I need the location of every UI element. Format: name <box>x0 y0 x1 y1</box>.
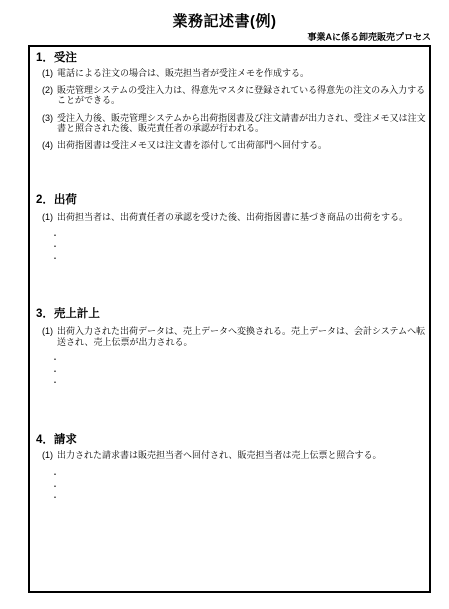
bullet-dot: ・ <box>51 241 429 253</box>
item-number: (1) <box>42 450 57 461</box>
bullet-dot: ・ <box>51 469 429 481</box>
list-item: (4) 出荷指図書は受注メモ又は注文書を添付して出荷部門へ回付する。 <box>42 140 427 151</box>
item-number: (1) <box>42 326 57 347</box>
list-item: (2) 販売管理システムの受注入力は、得意先マスタに登録されている得意先の注文の… <box>42 85 427 106</box>
item-number: (1) <box>42 212 57 223</box>
section-heading: 1．受注 <box>36 51 429 65</box>
item-number: (4) <box>42 140 57 151</box>
document-page: 業務記述書(例) 事業Aに係る卸売販売プロセス 1．受注 (1) 電話による注文… <box>0 0 449 609</box>
bullet-dot: ・ <box>51 377 429 389</box>
section-sales-recording: 3．売上計上 (1) 出荷入力された出荷データは、売上データへ変換される。売上デ… <box>30 307 429 389</box>
bullet-dot: ・ <box>51 481 429 493</box>
document-subtitle: 事業Aに係る卸売販売プロセス <box>0 32 431 43</box>
item-text: 出荷入力された出荷データは、売上データへ変換される。売上データは、会計システムへ… <box>57 326 427 347</box>
bullet-dot: ・ <box>51 354 429 366</box>
item-text: 電話による注文の場合は、販売担当者が受注メモを作成する。 <box>57 68 427 79</box>
item-number: (2) <box>42 85 57 106</box>
bullet-list: ・ ・ ・ <box>51 354 429 389</box>
section-heading: 4．請求 <box>36 433 429 447</box>
list-item: (1) 電話による注文の場合は、販売担当者が受注メモを作成する。 <box>42 68 427 79</box>
document-title: 業務記述書(例) <box>0 12 449 31</box>
item-text: 受注入力後、販売管理システムから出荷指図書及び注文請書が出力され、受注メモ又は注… <box>57 113 427 134</box>
section-shipment: 2．出荷 (1) 出荷担当者は、出荷責任者の承認を受けた後、出荷指図書に基づき商… <box>30 193 429 264</box>
item-number: (1) <box>42 68 57 79</box>
section-order: 1．受注 (1) 電話による注文の場合は、販売担当者が受注メモを作成する。 (2… <box>30 51 429 150</box>
bullet-dot: ・ <box>51 230 429 242</box>
item-text: 出荷担当者は、出荷責任者の承認を受けた後、出荷指図書に基づき商品の出荷をする。 <box>57 212 427 223</box>
list-item: (3) 受注入力後、販売管理システムから出荷指図書及び注文請書が出力され、受注メ… <box>42 113 427 134</box>
section-heading: 3．売上計上 <box>36 307 429 321</box>
item-text: 販売管理システムの受注入力は、得意先マスタに登録されている得意先の注文のみ入力す… <box>57 85 427 106</box>
item-number: (3) <box>42 113 57 134</box>
item-text: 出荷指図書は受注メモ又は注文書を添付して出荷部門へ回付する。 <box>57 140 427 151</box>
list-item: (1) 出力された請求書は販売担当者へ回付され、販売担当者は売上伝票と照合する。 <box>42 450 427 461</box>
content-box: 1．受注 (1) 電話による注文の場合は、販売担当者が受注メモを作成する。 (2… <box>28 45 431 593</box>
bullet-dot: ・ <box>51 366 429 378</box>
bullet-dot: ・ <box>51 253 429 265</box>
bullet-list: ・ ・ ・ <box>51 230 429 265</box>
bullet-list: ・ ・ ・ <box>51 469 429 504</box>
bullet-dot: ・ <box>51 492 429 504</box>
section-billing: 4．請求 (1) 出力された請求書は販売担当者へ回付され、販売担当者は売上伝票と… <box>30 433 429 504</box>
item-text: 出力された請求書は販売担当者へ回付され、販売担当者は売上伝票と照合する。 <box>57 450 427 461</box>
list-item: (1) 出荷入力された出荷データは、売上データへ変換される。売上データは、会計シ… <box>42 326 427 347</box>
section-heading: 2．出荷 <box>36 193 429 207</box>
list-item: (1) 出荷担当者は、出荷責任者の承認を受けた後、出荷指図書に基づき商品の出荷を… <box>42 212 427 223</box>
